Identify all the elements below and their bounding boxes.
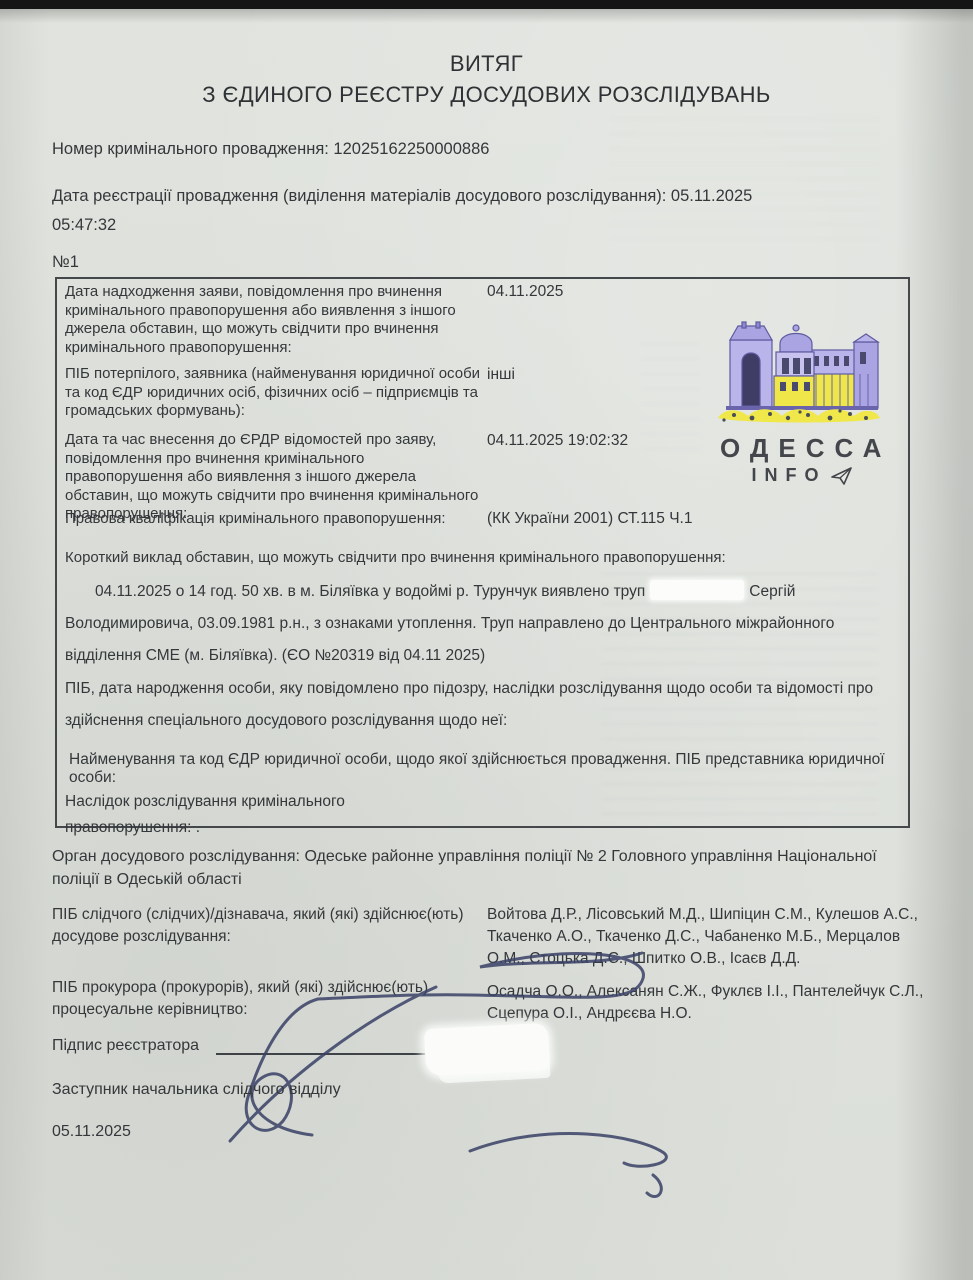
prosecutors-label: ПІБ прокурора (прокурорів), який (які) з… [52,977,482,1021]
row-value-victim-name: інші [487,366,515,384]
scan-top-shadow [0,9,973,23]
summary-heading: Короткий виклад обставин, що можуть свід… [65,549,905,566]
suspect-info-heading: ПІБ, дата народження особи, яку повідомл… [65,673,907,737]
row-value-application-date: 04.11.2025 [487,283,563,301]
document-date: 05.11.2025 [52,1120,131,1143]
opera-house-icon [712,314,884,426]
summary-text-before: 04.11.2025 о 14 год. 50 хв. в м. Біляївк… [95,583,645,600]
row-value-erdr-entry-datetime: 04.11.2025 19:02:32 [487,432,628,450]
document-title: ВИТЯГ З ЄДИНОГО РЕЄСТРУ ДОСУДОВИХ РОЗСЛІ… [0,48,973,110]
document-title-line2: З ЄДИНОГО РЕЄСТРУ ДОСУДОВИХ РОЗСЛІДУВАНЬ [0,79,973,110]
registrar-name-redaction-box [424,1023,550,1076]
investigation-result-label: Наслідок розслідування кримінального пра… [65,789,565,841]
odessa-info-watermark: ОДЕССА INFO [712,314,884,486]
watermark-odessa-text: ОДЕССА [712,433,884,464]
record-number: №1 [52,251,79,275]
name-redaction-box [650,580,744,600]
registration-date-line: Дата реєстрації провадження (виділення м… [52,182,912,240]
scanned-document-page: ВИТЯГ З ЄДИНОГО РЕЄСТРУ ДОСУДОВИХ РОЗСЛІ… [0,0,973,1280]
row-value-legal-qualification: (КК України 2001) СТ.115 Ч.1 [487,510,693,528]
watermark-info-row: INFO [712,465,884,486]
investigation-body-line: Орган досудового розслідування: Одеське … [52,845,924,891]
row-label-victim-name: ПІБ потерпілого, заявника (найменування … [65,365,485,421]
registrar-signature-label: Підпис реєстратора [52,1034,199,1057]
signatory-position-title: Заступник начальника слідчого відділу [52,1078,341,1101]
prosecutors-names: Осадча О.О., Алексанян С.Ж., Фуклєв І.І.… [487,981,935,1025]
signature-line [216,1053,432,1055]
watermark-info-text: INFO [752,465,827,486]
telegram-plane-icon [831,467,853,485]
document-title-line1: ВИТЯГ [0,48,973,79]
case-number-line: Номер кримінального провадження: 1202516… [52,138,489,162]
row-label-legal-qualification: Правова кваліфікація кримінального право… [65,510,475,529]
legal-entity-heading: Найменування та код ЄДР юридичної особи,… [69,751,911,787]
summary-paragraph: 04.11.2025 о 14 год. 50 хв. в м. Біляївк… [65,576,907,672]
investigators-names: Войтова Д.Р., Лісовський М.Д., Шипіцин С… [487,904,935,970]
investigators-label: ПІБ слідчого (слідчих)/дізнавача, який (… [52,904,492,948]
scan-top-border [0,0,973,9]
row-label-application-date: Дата надходження заяви, повідомлення про… [65,283,485,357]
